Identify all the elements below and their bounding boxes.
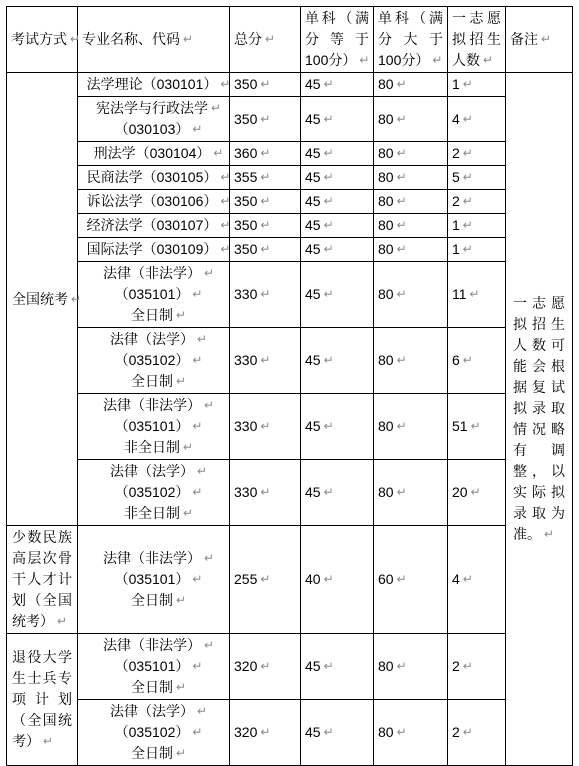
cell-value: 80 xyxy=(378,169,394,185)
cell-value: 320 xyxy=(234,724,257,740)
exam-mode-label: 退役大学生士兵专项计划（全国统考） xyxy=(12,649,72,749)
cell-value: 2 xyxy=(452,724,460,740)
major-line: 刑法学（030104）↵ xyxy=(82,143,225,164)
header-label: 专业名称、代码 xyxy=(82,31,180,47)
cell-value: 45 xyxy=(305,418,321,434)
major-line: （030103）↵ xyxy=(82,119,225,140)
total-score-cell: 360↵ xyxy=(230,142,301,166)
major-line: （035101）↵ xyxy=(82,284,225,305)
cell-value: 45 xyxy=(305,145,321,161)
single-subject-gt100-cell: 80↵ xyxy=(374,460,448,526)
table-row: 法律（非法学）↵（035101）↵非全日制↵330↵45↵80↵51↵ xyxy=(7,394,573,460)
major-line: 法律（非法学）↵ xyxy=(82,548,225,569)
major-label: 全日制 xyxy=(131,373,173,389)
major-cell: 法律（法学）↵（035102）↵非全日制↵ xyxy=(78,460,230,526)
major-line: 诉讼法学（030106）↵ xyxy=(82,191,225,212)
major-label: 国际法学（030109） xyxy=(87,241,218,257)
total-score-cell: 330↵ xyxy=(230,394,301,460)
single-subject-eq100-cell: 45↵ xyxy=(301,214,374,238)
quota-cell: 20↵ xyxy=(448,460,506,526)
major-line: 全日制↵ xyxy=(82,590,225,611)
cell-value: 350 xyxy=(234,217,257,233)
total-score-cell: 320↵ xyxy=(230,700,301,766)
cell-value: 2 xyxy=(452,145,460,161)
major-line: 非全日制↵ xyxy=(82,503,225,524)
single-subject-eq100-cell: 45↵ xyxy=(301,97,374,142)
major-label: 法律（非法学） xyxy=(103,397,201,413)
single-subject-gt100-cell: 80↵ xyxy=(374,262,448,328)
cell-value: 45 xyxy=(305,217,321,233)
major-line: （035102）↵ xyxy=(82,350,225,371)
cell-value: 80 xyxy=(378,217,394,233)
header-row: 考试方式↵专业名称、代码↵总分↵单科（满分等于100分）↵单科（满分大于100分… xyxy=(7,7,573,73)
major-label: 经济法学（030107） xyxy=(87,217,218,233)
table-row: 民商法学（030105）↵355↵45↵80↵5↵ xyxy=(7,166,573,190)
single-subject-gt100-cell: 80↵ xyxy=(374,73,448,97)
single-subject-eq100-cell: 45↵ xyxy=(301,262,374,328)
major-cell: 法律（非法学）↵（035101）↵全日制↵ xyxy=(78,262,230,328)
major-cell: 宪法学与行政法学↵（030103）↵ xyxy=(78,97,230,142)
major-line: 非全日制↵ xyxy=(82,437,225,458)
cell-value: 1 xyxy=(452,76,460,92)
table-row: 法律（非法学）↵（035101）↵全日制↵330↵45↵80↵11↵ xyxy=(7,262,573,328)
major-label: 全日制 xyxy=(131,307,173,323)
major-label: （030103） xyxy=(115,121,190,137)
major-line: 法律（非法学）↵ xyxy=(82,635,225,656)
single-subject-eq100-cell: 45↵ xyxy=(301,328,374,394)
cell-value: 45 xyxy=(305,111,321,127)
cell-value: 80 xyxy=(378,241,394,257)
total-score-cell: 320↵ xyxy=(230,634,301,700)
cell-value: 350 xyxy=(234,193,257,209)
major-label: 法律（非法学） xyxy=(103,637,201,653)
cell-value: 255 xyxy=(234,571,257,587)
single-subject-eq100-cell: 45↵ xyxy=(301,394,374,460)
header-cell-4: 单科（满分大于100分）↵ xyxy=(374,7,448,73)
table-row: 退役大学生士兵专项计划（全国统考）↵法律（非法学）↵（035101）↵全日制↵3… xyxy=(7,634,573,700)
cell-value: 2 xyxy=(452,658,460,674)
total-score-cell: 330↵ xyxy=(230,460,301,526)
cell-value: 40 xyxy=(305,571,321,587)
cell-value: 80 xyxy=(378,111,394,127)
major-line: 法律（非法学）↵ xyxy=(82,263,225,284)
cell-value: 80 xyxy=(378,286,394,302)
single-subject-eq100-cell: 40↵ xyxy=(301,526,374,634)
major-line: 法学理论（030101）↵ xyxy=(82,74,225,95)
cell-value: 355 xyxy=(234,169,257,185)
cell-value: 1 xyxy=(452,241,460,257)
major-label: 非全日制 xyxy=(124,439,180,455)
total-score-cell: 255↵ xyxy=(230,526,301,634)
major-label: 非全日制 xyxy=(124,505,180,521)
major-line: 全日制↵ xyxy=(82,305,225,326)
single-subject-gt100-cell: 80↵ xyxy=(374,190,448,214)
quota-cell: 11↵ xyxy=(448,262,506,328)
single-subject-eq100-cell: 45↵ xyxy=(301,238,374,262)
cell-value: 51 xyxy=(452,418,468,434)
cell-value: 45 xyxy=(305,724,321,740)
header-cell-1: 专业名称、代码↵ xyxy=(78,7,230,73)
header-cell-6: 备注↵ xyxy=(506,7,573,73)
quota-cell: 1↵ xyxy=(448,238,506,262)
cell-value: 330 xyxy=(234,484,257,500)
cell-value: 1 xyxy=(452,217,460,233)
single-subject-eq100-cell: 45↵ xyxy=(301,190,374,214)
major-line: 全日制↵ xyxy=(82,371,225,392)
cell-value: 80 xyxy=(378,418,394,434)
major-label: 法律（非法学） xyxy=(103,265,201,281)
major-label: 法律（法学） xyxy=(110,463,194,479)
cell-value: 80 xyxy=(378,484,394,500)
cell-value: 320 xyxy=(234,658,257,674)
single-subject-eq100-cell: 45↵ xyxy=(301,166,374,190)
quota-cell: 2↵ xyxy=(448,634,506,700)
quota-cell: 6↵ xyxy=(448,328,506,394)
table-row: 诉讼法学（030106）↵350↵45↵80↵2↵ xyxy=(7,190,573,214)
major-cell: 法律（法学）↵（035102）↵全日制↵ xyxy=(78,700,230,766)
major-cell: 法学理论（030101）↵ xyxy=(78,73,230,97)
cell-value: 2 xyxy=(452,193,460,209)
single-subject-gt100-cell: 80↵ xyxy=(374,700,448,766)
major-line: 宪法学与行政法学↵ xyxy=(82,98,225,119)
major-cell: 经济法学（030107）↵ xyxy=(78,214,230,238)
quota-cell: 1↵ xyxy=(448,73,506,97)
header-cell-3: 单科（满分等于100分）↵ xyxy=(301,7,374,73)
table-row: 法律（法学）↵（035102）↵全日制↵330↵45↵80↵6↵ xyxy=(7,328,573,394)
cell-value: 330 xyxy=(234,352,257,368)
cell-value: 350 xyxy=(234,76,257,92)
major-cell: 法律（非法学）↵（035101）↵非全日制↵ xyxy=(78,394,230,460)
cell-value: 45 xyxy=(305,352,321,368)
major-line: 国际法学（030109）↵ xyxy=(82,239,225,260)
table-row: 少数民族高层次骨干人才计划（全国统考）↵法律（非法学）↵（035101）↵全日制… xyxy=(7,526,573,634)
major-line: 民商法学（030105）↵ xyxy=(82,167,225,188)
single-subject-gt100-cell: 60↵ xyxy=(374,526,448,634)
total-score-cell: 355↵ xyxy=(230,166,301,190)
table-row: 全国统考↵法学理论（030101）↵350↵45↵80↵1↵一志愿拟招生人数可能… xyxy=(7,73,573,97)
exam-mode-cell: 退役大学生士兵专项计划（全国统考）↵ xyxy=(7,634,78,766)
major-label: （035102） xyxy=(115,352,190,368)
quota-cell: 1↵ xyxy=(448,214,506,238)
major-label: 法学理论（030101） xyxy=(87,76,218,92)
cell-value: 45 xyxy=(305,484,321,500)
cell-value: 45 xyxy=(305,76,321,92)
total-score-cell: 330↵ xyxy=(230,328,301,394)
major-label: （035101） xyxy=(115,571,190,587)
table-row: 法律（法学）↵（035102）↵全日制↵320↵45↵80↵2↵ xyxy=(7,700,573,766)
major-line: 法律（法学）↵ xyxy=(82,329,225,350)
cell-value: 4 xyxy=(452,111,460,127)
total-score-cell: 350↵ xyxy=(230,238,301,262)
single-subject-gt100-cell: 80↵ xyxy=(374,142,448,166)
single-subject-gt100-cell: 80↵ xyxy=(374,214,448,238)
single-subject-eq100-cell: 45↵ xyxy=(301,460,374,526)
cell-value: 80 xyxy=(378,145,394,161)
major-line: （035101）↵ xyxy=(82,416,225,437)
cell-value: 20 xyxy=(452,484,468,500)
quota-cell: 5↵ xyxy=(448,166,506,190)
cell-value: 80 xyxy=(378,352,394,368)
major-cell: 法律（法学）↵（035102）↵全日制↵ xyxy=(78,328,230,394)
header-label: 一志愿拟招生人数 xyxy=(452,10,501,68)
major-label: 宪法学与行政法学 xyxy=(96,100,208,116)
major-label: 法律（法学） xyxy=(110,331,194,347)
table-row: 刑法学（030104）↵360↵45↵80↵2↵ xyxy=(7,142,573,166)
major-label: 全日制 xyxy=(131,592,173,608)
single-subject-eq100-cell: 45↵ xyxy=(301,700,374,766)
cell-value: 45 xyxy=(305,658,321,674)
table-row: 法律（法学）↵（035102）↵非全日制↵330↵45↵80↵20↵ xyxy=(7,460,573,526)
major-label: 民商法学（030105） xyxy=(87,169,218,185)
cell-value: 360 xyxy=(234,145,257,161)
quota-cell: 2↵ xyxy=(448,142,506,166)
major-line: （035102）↵ xyxy=(82,722,225,743)
major-label: （035102） xyxy=(115,724,190,740)
cell-value: 4 xyxy=(452,571,460,587)
header-label: 考试方式 xyxy=(11,31,67,47)
total-score-cell: 350↵ xyxy=(230,73,301,97)
major-cell: 民商法学（030105）↵ xyxy=(78,166,230,190)
cell-value: 60 xyxy=(378,571,394,587)
major-line: 全日制↵ xyxy=(82,743,225,764)
score-table: 考试方式↵专业名称、代码↵总分↵单科（满分等于100分）↵单科（满分大于100分… xyxy=(6,6,573,766)
cell-value: 45 xyxy=(305,241,321,257)
cell-value: 80 xyxy=(378,76,394,92)
major-label: （035101） xyxy=(115,658,190,674)
major-cell: 刑法学（030104）↵ xyxy=(78,142,230,166)
quota-cell: 4↵ xyxy=(448,97,506,142)
major-cell: 诉讼法学（030106）↵ xyxy=(78,190,230,214)
cell-value: 350 xyxy=(234,111,257,127)
cell-value: 45 xyxy=(305,193,321,209)
exam-mode-label: 全国统考 xyxy=(12,291,68,307)
header-label: 总分 xyxy=(234,31,262,47)
cell-value: 350 xyxy=(234,241,257,257)
major-label: 诉讼法学（030106） xyxy=(87,193,218,209)
major-line: （035102）↵ xyxy=(82,482,225,503)
header-cell-2: 总分↵ xyxy=(230,7,301,73)
cell-value: 45 xyxy=(305,286,321,302)
table-row: 国际法学（030109）↵350↵45↵80↵1↵ xyxy=(7,238,573,262)
single-subject-gt100-cell: 80↵ xyxy=(374,634,448,700)
remark-cell: 一志愿拟招生人数可能会根据复试拟录取情况略有调整，以实际拟录取为准。↵ xyxy=(506,73,573,766)
major-label: （035101） xyxy=(115,418,190,434)
major-label: （035102） xyxy=(115,484,190,500)
major-label: 刑法学（030104） xyxy=(94,145,211,161)
single-subject-gt100-cell: 80↵ xyxy=(374,328,448,394)
major-line: 法律（法学）↵ xyxy=(82,461,225,482)
exam-mode-cell: 少数民族高层次骨干人才计划（全国统考）↵ xyxy=(7,526,78,634)
quota-cell: 2↵ xyxy=(448,190,506,214)
cell-value: 80 xyxy=(378,193,394,209)
header-cell-0: 考试方式↵ xyxy=(7,7,78,73)
total-score-cell: 350↵ xyxy=(230,214,301,238)
exam-mode-cell: 全国统考↵ xyxy=(7,73,78,526)
cell-value: 45 xyxy=(305,169,321,185)
single-subject-eq100-cell: 45↵ xyxy=(301,142,374,166)
cell-value: 5 xyxy=(452,169,460,185)
major-line: 全日制↵ xyxy=(82,677,225,698)
quota-cell: 4↵ xyxy=(448,526,506,634)
header-cell-5: 一志愿拟招生人数↵ xyxy=(448,7,506,73)
cell-value: 6 xyxy=(452,352,460,368)
major-label: 全日制 xyxy=(131,745,173,761)
cell-value: 11 xyxy=(452,286,467,302)
single-subject-gt100-cell: 80↵ xyxy=(374,97,448,142)
major-cell: 法律（非法学）↵（035101）↵全日制↵ xyxy=(78,634,230,700)
quota-cell: 2↵ xyxy=(448,700,506,766)
major-label: 法律（法学） xyxy=(110,703,194,719)
single-subject-gt100-cell: 80↵ xyxy=(374,238,448,262)
major-line: （035101）↵ xyxy=(82,656,225,677)
quota-cell: 51↵ xyxy=(448,394,506,460)
total-score-cell: 330↵ xyxy=(230,262,301,328)
cell-value: 330 xyxy=(234,286,257,302)
remark-text: 一志愿拟招生人数可能会根据复试拟录取情况略有调整，以实际拟录取为准。 xyxy=(513,295,565,542)
major-cell: 国际法学（030109）↵ xyxy=(78,238,230,262)
cell-value: 330 xyxy=(234,418,257,434)
major-label: 全日制 xyxy=(131,679,173,695)
document-page: 考试方式↵专业名称、代码↵总分↵单科（满分等于100分）↵单科（满分大于100分… xyxy=(6,6,573,766)
major-line: （035101）↵ xyxy=(82,569,225,590)
total-score-cell: 350↵ xyxy=(230,190,301,214)
single-subject-gt100-cell: 80↵ xyxy=(374,166,448,190)
single-subject-eq100-cell: 45↵ xyxy=(301,634,374,700)
single-subject-eq100-cell: 45↵ xyxy=(301,73,374,97)
major-label: （035101） xyxy=(115,286,190,302)
table-row: 经济法学（030107）↵350↵45↵80↵1↵ xyxy=(7,214,573,238)
major-label: 法律（非法学） xyxy=(103,550,201,566)
single-subject-gt100-cell: 80↵ xyxy=(374,394,448,460)
major-line: 经济法学（030107）↵ xyxy=(82,215,225,236)
major-cell: 法律（非法学）↵（035101）↵全日制↵ xyxy=(78,526,230,634)
cell-value: 80 xyxy=(378,658,394,674)
header-label: 备注 xyxy=(510,31,538,47)
major-line: 法律（法学）↵ xyxy=(82,701,225,722)
table-row: 宪法学与行政法学↵（030103）↵350↵45↵80↵4↵ xyxy=(7,97,573,142)
major-line: 法律（非法学）↵ xyxy=(82,395,225,416)
total-score-cell: 350↵ xyxy=(230,97,301,142)
cell-value: 80 xyxy=(378,724,394,740)
table-body: 全国统考↵法学理论（030101）↵350↵45↵80↵1↵一志愿拟招生人数可能… xyxy=(7,73,573,766)
